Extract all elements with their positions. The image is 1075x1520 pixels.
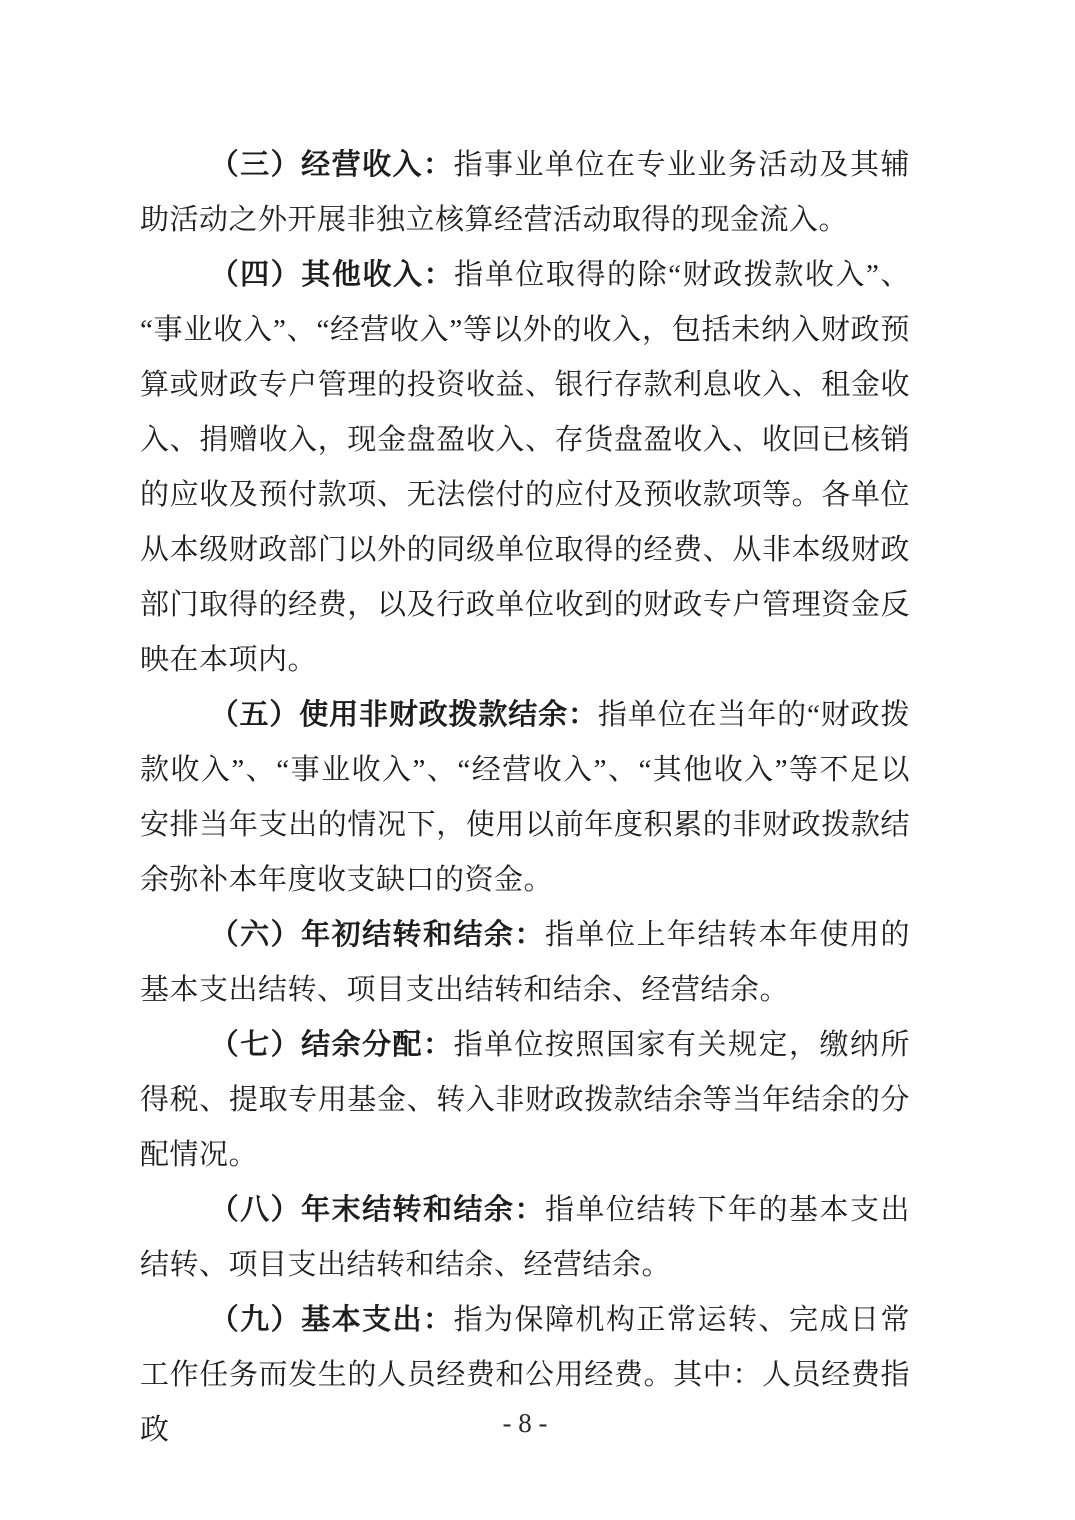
paragraph: （三）经营收入：指事业单位在专业业务活动及其辅助活动之外开展非独立核算经营活动取… bbox=[140, 138, 910, 248]
page-number: - 8 - bbox=[140, 1406, 910, 1440]
paragraph: （五）使用非财政拨款结余：指单位在当年的“财政拨款收入”、“事业收入”、“经营收… bbox=[140, 688, 910, 908]
document-page: （三）经营收入：指事业单位在专业业务活动及其辅助活动之外开展非独立核算经营活动取… bbox=[0, 0, 1075, 1520]
paragraph-heading: （四）其他收入： bbox=[210, 259, 455, 291]
paragraph-heading: （五）使用非财政拨款结余： bbox=[210, 699, 598, 731]
paragraph: （七）结余分配：指单位按照国家有关规定，缴纳所得税、提取专用基金、转入非财政拨款… bbox=[140, 1018, 910, 1183]
paragraph-heading: （三）经营收入： bbox=[210, 149, 454, 181]
paragraph-heading: （七）结余分配： bbox=[210, 1029, 454, 1061]
paragraph-heading: （八）年末结转和结余： bbox=[210, 1194, 545, 1226]
page-body: （三）经营收入：指事业单位在专业业务活动及其辅助活动之外开展非独立核算经营活动取… bbox=[140, 138, 910, 1458]
paragraph: （四）其他收入：指单位取得的除“财政拨款收入”、“事业收入”、“经营收入”等以外… bbox=[140, 248, 910, 688]
paragraph: （八）年末结转和结余：指单位结转下年的基本支出结转、项目支出结转和结余、经营结余… bbox=[140, 1183, 910, 1293]
paragraph: （六）年初结转和结余：指单位上年结转本年使用的基本支出结转、项目支出结转和结余、… bbox=[140, 908, 910, 1018]
paragraph-text: 指单位取得的除“财政拨款收入”、“事业收入”、“经营收入”等以外的收入，包括未纳… bbox=[140, 259, 910, 676]
paragraph-heading: （九）基本支出： bbox=[210, 1304, 454, 1336]
paragraph-heading: （六）年初结转和结余： bbox=[210, 919, 545, 951]
